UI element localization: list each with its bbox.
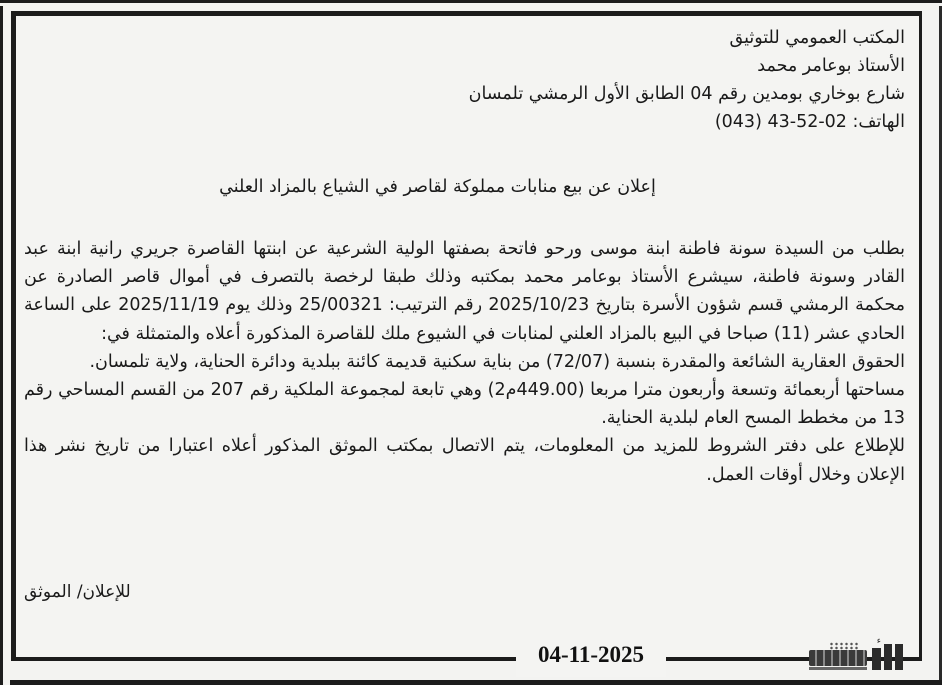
page-left-border [0,6,3,685]
page-bottom-border [10,680,942,685]
publication-date: 04-11-2025 [516,635,666,675]
office-address: شارع بوخاري بومدين رقم 04 الطابق الأول ا… [305,80,905,108]
logo-wordmark-icon [809,650,867,666]
logo-bar [884,644,892,670]
logo-bar [895,644,903,670]
body-paragraph-contact: للإطلاع على دفتر الشروط للمزيد من المعلو… [24,432,905,488]
notice-title: إعلان عن بيع منابات مملوكة لقاصر في الشي… [196,173,899,201]
logo-tagline [809,667,867,670]
notice-body: بطلب من السيدة سونة فاطنة ابنة موسى ورحو… [24,235,905,489]
page-top-border [0,0,942,3]
body-paragraph-area: مساحتها أربعمائة وتسعة وأربعون مترا مربع… [24,376,905,432]
logo-hamza-icon: ء [877,636,881,646]
office-phone: الهاتف: 02-52-43 (043) [305,108,905,136]
notice-content: المكتب العمومي للتوثيق الأستاذ بوعامر مح… [16,16,919,657]
logo-bar [872,648,881,670]
logo-map-dots-icon [829,642,859,650]
notary-name: الأستاذ بوعامر محمد [305,52,905,80]
logo-alif-lam-icon [871,642,903,670]
notice-signature: للإعلان/ الموثق [24,579,131,605]
body-paragraph-property-rights: الحقوق العقارية الشائعة والمقدرة بنسبة (… [24,348,905,376]
notary-header: المكتب العمومي للتوثيق الأستاذ بوعامر مح… [305,24,905,136]
legal-notice-frame: المكتب العمومي للتوثيق الأستاذ بوعامر مح… [11,11,922,661]
newspaper-logo-icon: ء [807,638,903,672]
body-paragraph-request: بطلب من السيدة سونة فاطنة ابنة موسى ورحو… [24,235,905,348]
office-name: المكتب العمومي للتوثيق [305,24,905,52]
